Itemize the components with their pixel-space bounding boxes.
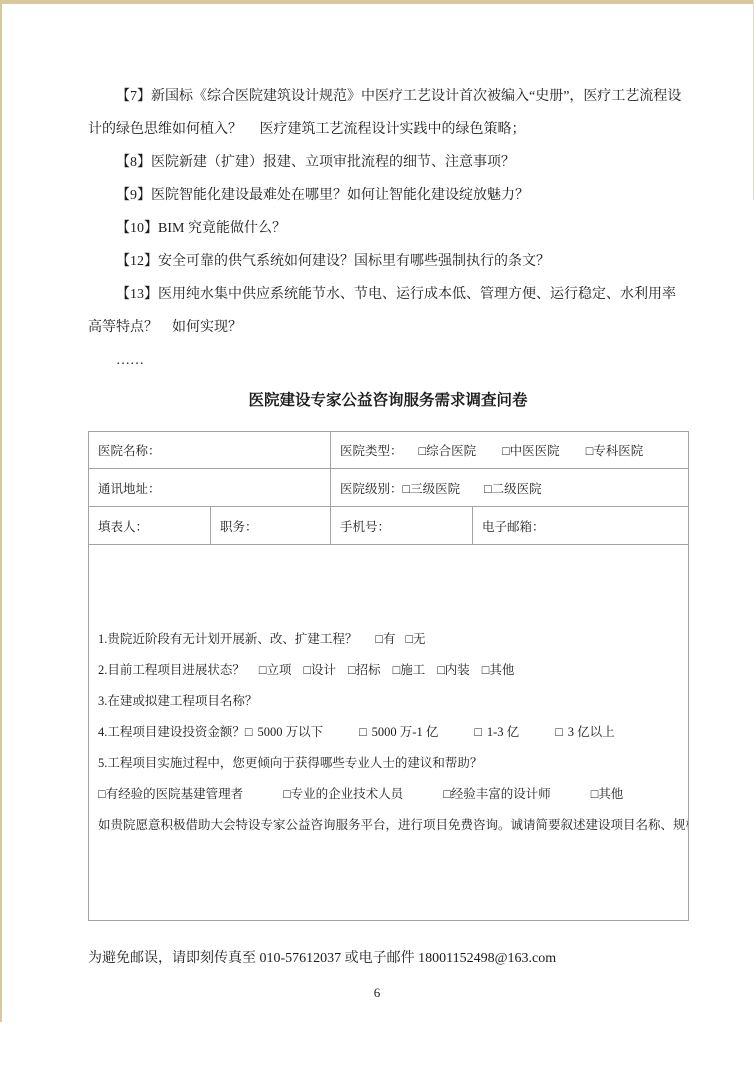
question-5-label: 5.工程项目实施过程中，您更倾向于获得哪些专业人士的建议和帮助？ [98,756,482,770]
intro-paragraph: 【8】医院新建（扩建）报建、立项审批流程的细节、注意事项？ [88,146,688,179]
checkbox-option[interactable]: □施工 [393,663,426,677]
checkbox-option[interactable]: □其他 [482,663,515,677]
checkbox-label: 专科医院 [593,444,643,458]
hospital-level-label: 医院级别： [340,482,403,496]
email-cell[interactable]: 电子邮箱： [473,507,689,545]
checkbox-label: 专业的企业技术人员 [291,787,404,801]
table-row: 1.贵院近阶段有无计划开展新、改、扩建工程？□有□无 2.目前工程项目进展状态？… [89,545,689,921]
checkbox-option[interactable]: □二级医院 [484,482,542,496]
question-2-options: □立项□设计□招标□施工□内装□其他 [259,663,514,677]
table-row: 医院名称： 医院类型：□综合医院□中医医院□专科医院 [89,432,689,469]
intro-paragraph: 【13】医用纯水集中供应系统能节水、节电、运行成本低、管理方便、运行稳定、水利用… [88,278,688,344]
checkbox-label: 有经验的医院基建管理者 [106,787,244,801]
checkbox-option[interactable]: □3 亿以上 [555,725,614,739]
checkbox-icon: □ [484,482,492,496]
question-1: 1.贵院近阶段有无计划开展新、改、扩建工程？□有□无 [98,624,679,655]
checkbox-option[interactable]: □有 [375,632,395,646]
checkbox-icon: □ [403,482,411,496]
checkbox-label: 5000 万以下 [257,725,323,739]
page-number: 6 [0,984,754,1002]
checkbox-label: 经验丰富的设计师 [451,787,551,801]
question-5: 5.工程项目实施过程中，您更倾向于获得哪些专业人士的建议和帮助？ [98,748,679,779]
hospital-name-label: 医院名称： [98,444,161,458]
checkbox-label: 其他 [489,663,514,677]
checkbox-label: 三级医院 [410,482,460,496]
hospital-level-options: □三级医院□二级医院 [403,482,542,496]
checkbox-icon: □ [443,787,451,801]
job-title-label: 职务： [220,520,258,534]
checkbox-icon: □ [348,663,356,677]
checkbox-option[interactable]: □内装 [437,663,470,677]
intro-paragraph: 【9】医院智能化建设最难处在哪里？如何让智能化建设绽放魅力？ [88,179,688,212]
checkbox-label: 有 [383,632,396,646]
question-1-label: 1.贵院近阶段有无计划开展新、改、扩建工程？ [98,632,357,646]
checkbox-label: 其他 [598,787,623,801]
question-2-label: 2.目前工程项目进展状态？ [98,663,245,677]
job-title-cell[interactable]: 职务： [211,507,331,545]
checkbox-icon: □ [419,444,427,458]
checkbox-option[interactable]: □1-3 亿 [474,725,519,739]
checkbox-option[interactable]: □其他 [591,787,624,801]
checkbox-option[interactable]: □5000 万以下 [245,725,323,739]
checkbox-label: 二级医院 [492,482,542,496]
checkbox-option[interactable]: □综合医院 [419,444,477,458]
phone-label: 手机号： [340,520,390,534]
hospital-type-options: □综合医院□中医医院□专科医院 [419,444,644,458]
checkbox-label: 施工 [400,663,425,677]
checkbox-option[interactable]: □三级医院 [403,482,461,496]
intro-paragraph: 【10】BIM 究竟能做什么？ [88,212,688,245]
question-5-options-row: □有经验的医院基建管理者□专业的企业技术人员□经验丰富的设计师□其他 [98,779,679,810]
questionnaire-title: 医院建设专家公益咨询服务需求调查问卷 [88,389,688,413]
address-label: 通讯地址： [98,482,161,496]
checkbox-icon: □ [555,725,563,739]
checkbox-option[interactable]: □招标 [348,663,381,677]
questionnaire-table: 医院名称： 医院类型：□综合医院□中医医院□专科医院 通讯地址： 医院级别：□三… [88,431,689,921]
checkbox-icon: □ [359,725,367,739]
question-1-options: □有□无 [375,632,425,646]
checkbox-icon: □ [98,787,106,801]
checkbox-label: 中医医院 [510,444,560,458]
checkbox-icon: □ [474,725,482,739]
checkbox-icon: □ [437,663,445,677]
table-row: 填表人： 职务： 手机号： 电子邮箱： [89,507,689,545]
checkbox-label: 综合医院 [426,444,476,458]
intro-paragraph: 【7】新国标《综合医院建筑设计规范》中医疗工艺设计首次被编入“史册”，医疗工艺流… [88,80,688,146]
question-3-label: 3.在建或拟建工程项目名称？ [98,694,257,708]
checkbox-label: 设计 [311,663,336,677]
checkbox-icon: □ [375,632,383,646]
table-row: 通讯地址： 医院级别：□三级医院□二级医院 [89,469,689,507]
question-3: 3.在建或拟建工程项目名称？ [98,686,679,717]
checkbox-label: 无 [413,632,426,646]
survey-note: 如贵院愿意积极借助大会特设专家公益咨询服务平台，进行项目免费咨询。诚请简要叙述建… [98,810,679,841]
hospital-type-label: 医院类型： [340,444,403,458]
checkbox-option[interactable]: □立项 [259,663,292,677]
checkbox-option[interactable]: □专科医院 [586,444,644,458]
checkbox-option[interactable]: □经验丰富的设计师 [443,787,551,801]
question-2: 2.目前工程项目进展状态？□立项□设计□招标□施工□内装□其他 [98,655,679,686]
checkbox-icon: □ [245,725,253,739]
phone-cell[interactable]: 手机号： [331,507,473,545]
survey-questions-cell: 1.贵院近阶段有无计划开展新、改、扩建工程？□有□无 2.目前工程项目进展状态？… [89,545,689,921]
checkbox-label: 5000 万-1 亿 [372,725,439,739]
checkbox-icon: □ [405,632,413,646]
document-page: 【7】新国标《综合医院建筑设计规范》中医疗工艺设计首次被编入“史册”，医疗工艺流… [0,0,754,1066]
checkbox-icon: □ [283,787,291,801]
question-4: 4.工程项目建设投资金额？□5000 万以下□5000 万-1 亿□1-3 亿□… [98,717,679,748]
checkbox-option[interactable]: □有经验的医院基建管理者 [98,787,243,801]
page-content: 【7】新国标《综合医院建筑设计规范》中医疗工艺设计首次被编入“史册”，医疗工艺流… [88,80,688,969]
checkbox-option[interactable]: □无 [405,632,425,646]
checkbox-icon: □ [303,663,311,677]
question-list: 【7】新国标《综合医院建筑设计规范》中医疗工艺设计首次被编入“史册”，医疗工艺流… [88,80,688,377]
hospital-name-cell[interactable]: 医院名称： [89,432,331,469]
checkbox-option[interactable]: □设计 [303,663,336,677]
filler-cell[interactable]: 填表人： [89,507,211,545]
checkbox-label: 招标 [356,663,381,677]
address-cell[interactable]: 通讯地址： [89,469,331,507]
question-4-options: □5000 万以下□5000 万-1 亿□1-3 亿□3 亿以上 [245,725,615,739]
page-edge-top [0,0,754,4]
contact-line: 为避免邮误，请即刻传真至 010-57612037 或电子邮件 18001152… [88,949,688,969]
intro-paragraph: 【12】安全可靠的供气系统如何建设？国标里有哪些强制执行的条文？ [88,245,688,278]
page-edge-left [0,0,2,1022]
question-4-label: 4.工程项目建设投资金额？ [98,725,245,739]
checkbox-option[interactable]: □中医医院 [502,444,560,458]
filler-label: 填表人： [98,520,148,534]
checkbox-label: 3 亿以上 [568,725,615,739]
ellipsis-line: …… [88,344,688,377]
email-label: 电子邮箱： [482,520,545,534]
checkbox-option[interactable]: □专业的企业技术人员 [283,787,403,801]
checkbox-label: 立项 [266,663,291,677]
hospital-type-cell: 医院类型：□综合医院□中医医院□专科医院 [331,432,689,469]
checkbox-label: 内装 [445,663,470,677]
question-5-options: □有经验的医院基建管理者□专业的企业技术人员□经验丰富的设计师□其他 [98,787,623,801]
checkbox-icon: □ [502,444,510,458]
checkbox-option[interactable]: □5000 万-1 亿 [359,725,438,739]
checkbox-label: 1-3 亿 [487,725,519,739]
hospital-level-cell: 医院级别：□三级医院□二级医院 [331,469,689,507]
